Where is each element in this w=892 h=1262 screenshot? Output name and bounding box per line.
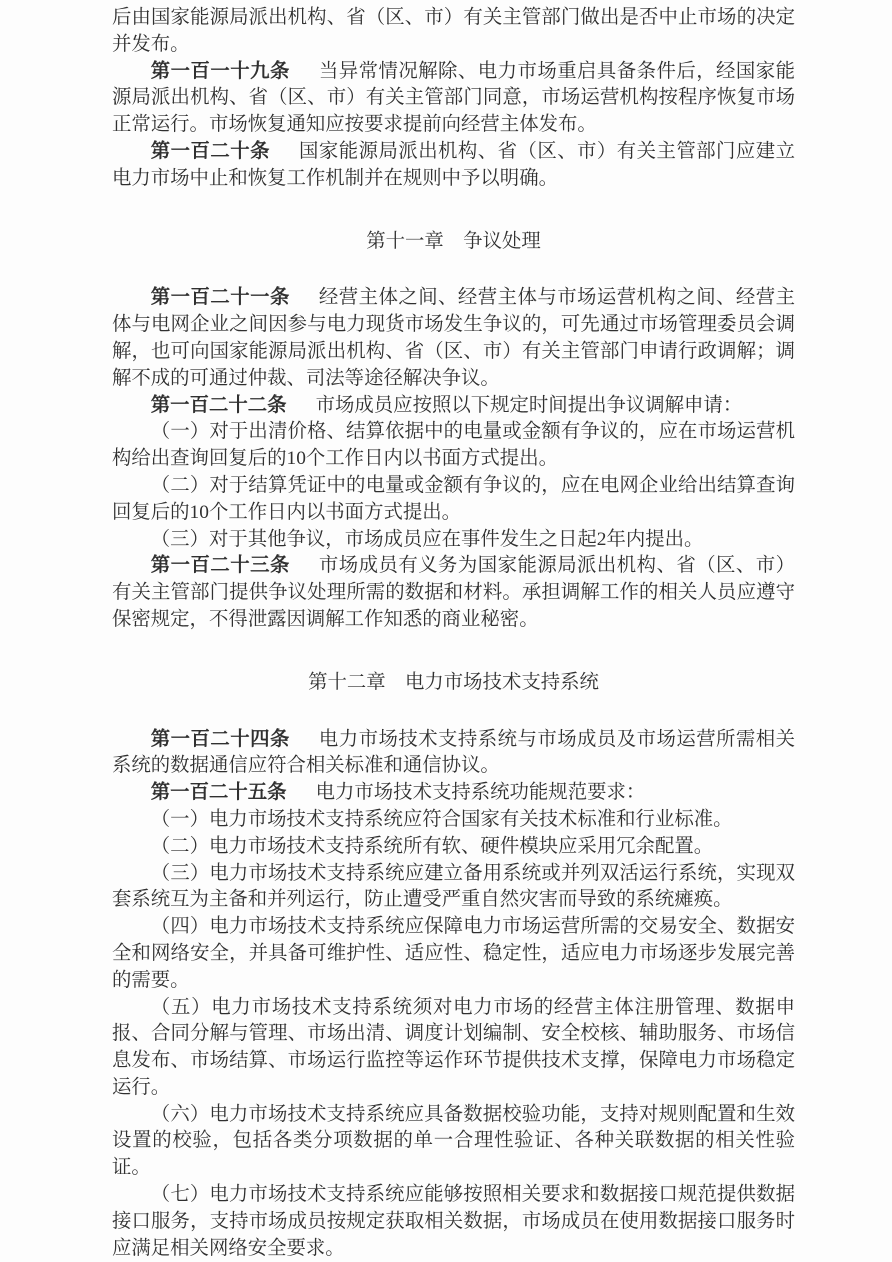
paragraph: （三）对于其他争议，市场成员应在事件发生之日起2年内提出。: [112, 527, 795, 554]
article-paragraph: 第一百二十条国家能源局派出机构、省（区、市）有关主管部门应建立电力市场中止和恢复…: [112, 139, 795, 193]
paragraph-text: （三）对于其他争议，市场成员应在事件发生之日起2年内提出。: [151, 529, 704, 550]
paragraph-text: （七）电力市场技术支持系统应能够按照相关要求和数据接口规范提供数据接口服务，支持…: [112, 1184, 795, 1259]
article-number: 第一百二十一条: [151, 287, 290, 308]
document-body: 后由国家能源局派出机构、省（区、市）有关主管部门做出是否中止市场的决定并发布。第…: [112, 5, 795, 1262]
paragraph-text: （三）电力市场技术支持系统应建立备用系统或并列双活运行系统，实现双套系统互为主备…: [112, 863, 795, 911]
article-paragraph: 第一百二十二条市场成员应按照以下规定时间提出争议调解申请：: [112, 393, 795, 420]
continuation-paragraph: 后由国家能源局派出机构、省（区、市）有关主管部门做出是否中止市场的决定并发布。: [112, 5, 795, 59]
paragraph-text: （四）电力市场技术支持系统应保障电力市场运营所需的交易安全、数据安全和网络安全，…: [112, 916, 795, 991]
paragraph-text: 后由国家能源局派出机构、省（区、市）有关主管部门做出是否中止市场的决定并发布。: [112, 7, 795, 55]
paragraph-text: （一）电力市场技术支持系统应符合国家有关技术标准和行业标准。: [151, 809, 733, 830]
paragraph-text: （二）电力市场技术支持系统所有软、硬件模块应采用冗余配置。: [151, 836, 713, 857]
article-paragraph: 第一百二十五条电力市场技术支持系统功能规范要求：: [112, 780, 795, 807]
article-paragraph: 第一百一十九条当异常情况解除、电力市场重启具备条件后，经国家能源局派出机构、省（…: [112, 59, 795, 139]
paragraph-text: （五）电力市场技术支持系统须对电力市场的经营主体注册管理、数据申报、合同分解与管…: [112, 997, 795, 1098]
paragraph: （七）电力市场技术支持系统应能够按照相关要求和数据接口规范提供数据接口服务，支持…: [112, 1182, 795, 1262]
article-paragraph: 第一百二十三条市场成员有义务为国家能源局派出机构、省（区、市）有关主管部门提供争…: [112, 553, 795, 633]
article-number: 第一百二十二条: [151, 395, 287, 416]
article-number: 第一百二十条: [151, 141, 270, 162]
article-number: 第一百二十四条: [151, 729, 290, 750]
paragraph: （四）电力市场技术支持系统应保障电力市场运营所需的交易安全、数据安全和网络安全，…: [112, 914, 795, 994]
paragraph: （六）电力市场技术支持系统应具备数据校验功能，支持对规则配置和生效设置的校验，包…: [112, 1102, 795, 1182]
paragraph-text: （六）电力市场技术支持系统应具备数据校验功能，支持对规则配置和生效设置的校验，包…: [112, 1104, 795, 1179]
article-number: 第一百二十五条: [151, 782, 287, 803]
paragraph: （三）电力市场技术支持系统应建立备用系统或并列双活运行系统，实现双套系统互为主备…: [112, 861, 795, 915]
paragraph: （二）对于结算凭证中的电量或金额有争议的，应在电网企业给出结算查询回复后的10个…: [112, 473, 795, 527]
article-number: 第一百二十三条: [151, 555, 290, 576]
chapter-heading: 第十二章 电力市场技术支持系统: [112, 670, 795, 697]
article-paragraph: 第一百二十一条经营主体之间、经营主体与市场运营机构之间、经营主体与电网企业之间因…: [112, 285, 795, 392]
chapter-heading-text: 第十二章 电力市场技术支持系统: [308, 672, 599, 693]
paragraph: （一）电力市场技术支持系统应符合国家有关技术标准和行业标准。: [112, 807, 795, 834]
paragraph: （五）电力市场技术支持系统须对电力市场的经营主体注册管理、数据申报、合同分解与管…: [112, 995, 795, 1102]
document-page: 后由国家能源局派出机构、省（区、市）有关主管部门做出是否中止市场的决定并发布。第…: [0, 0, 892, 1262]
article-text: 电力市场技术支持系统功能规范要求：: [316, 782, 646, 803]
chapter-heading: 第十一章 争议处理: [112, 229, 795, 256]
article-number: 第一百一十九条: [151, 61, 290, 82]
paragraph: （一）对于出清价格、结算依据中的电量或金额有争议的，应在市场运营机构给出查询回复…: [112, 419, 795, 473]
article-paragraph: 第一百二十四条电力市场技术支持系统与市场成员及市场运营所需相关系统的数据通信应符…: [112, 727, 795, 781]
paragraph-text: （二）对于结算凭证中的电量或金额有争议的，应在电网企业给出结算查询回复后的10个…: [112, 475, 795, 523]
paragraph-text: （一）对于出清价格、结算依据中的电量或金额有争议的，应在市场运营机构给出查询回复…: [112, 421, 795, 469]
chapter-heading-text: 第十一章 争议处理: [366, 231, 541, 252]
paragraph: （二）电力市场技术支持系统所有软、硬件模块应采用冗余配置。: [112, 834, 795, 861]
article-text: 市场成员应按照以下规定时间提出争议调解申请：: [316, 395, 743, 416]
